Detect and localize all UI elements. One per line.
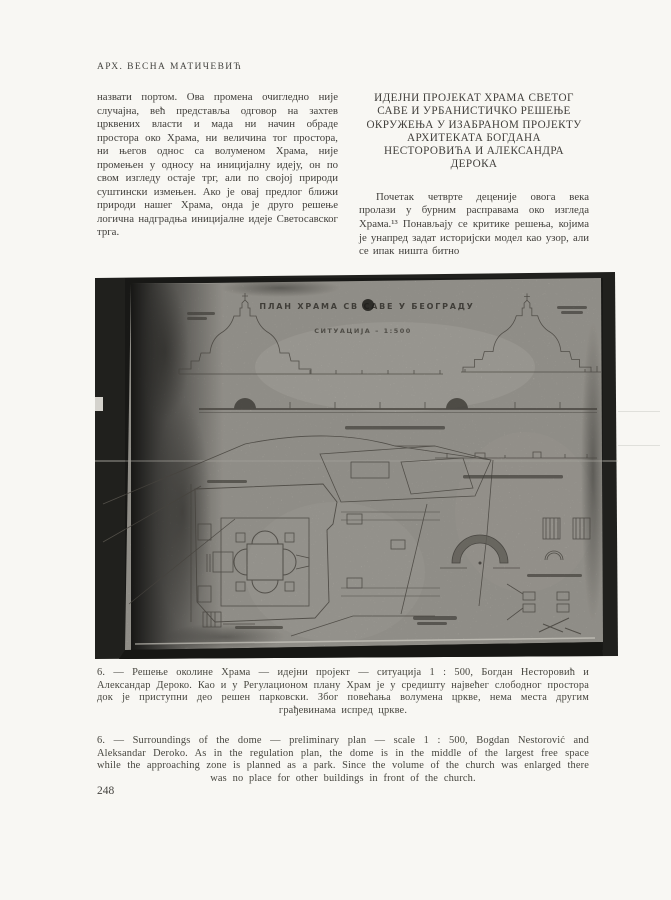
article-title-line: САВЕ И УРБАНИСТИЧКО РЕШЕЊЕ: [359, 105, 589, 118]
photo-grain: [125, 278, 603, 650]
right-paragraph: Почетак четврте деценије овога века прол…: [359, 191, 589, 259]
scanned-journal-page: АРХ. ВЕСНА МАТИЧЕВИЋ назвати портом. Ова…: [0, 0, 671, 900]
article-title-line: ОКРУЖЕЊА У ИЗАБРАНОМ ПРОЈЕКТУ: [359, 119, 589, 132]
page-number: 248: [97, 785, 114, 797]
scan-streak: [618, 445, 660, 446]
left-text-column: назвати портом. Ова промена очигледно ни…: [97, 91, 338, 240]
article-title-line: АРХИТЕКАТА БОГДАНА: [359, 132, 589, 145]
article-title-line: ДЕРОКА: [359, 158, 589, 171]
figure-plan-photo: ПЛАН ХРАМА СВ САВЕ У БЕОГРАДУ СИТУАЦИЈА …: [95, 272, 618, 659]
caption-english: 6. — Surroundings of the dome — prelimin…: [97, 735, 589, 785]
caption-serbian: 6. — Решење околине Храма — идејни проје…: [97, 667, 589, 717]
author-header: АРХ. ВЕСНА МАТИЧЕВИЋ: [97, 62, 242, 72]
plan-photo-svg: ПЛАН ХРАМА СВ САВЕ У БЕОГРАДУ СИТУАЦИЈА …: [95, 272, 618, 659]
scan-streak: [618, 411, 660, 412]
article-title-line: ИДЕЈНИ ПРОЈЕКАТ ХРАМА СВЕТОГ: [359, 92, 589, 105]
left-paragraph: назвати портом. Ова промена очигледно ни…: [97, 91, 338, 238]
article-title: ИДЕЈНИ ПРОЈЕКАТ ХРАМА СВЕТОГ САВЕ И УРБА…: [359, 92, 589, 172]
article-title-line: НЕСТОРОВИЋА И АЛЕКСАНДРА: [359, 145, 589, 158]
right-text-column: ИДЕЈНИ ПРОЈЕКАТ ХРАМА СВЕТОГ САВЕ И УРБА…: [359, 92, 589, 259]
